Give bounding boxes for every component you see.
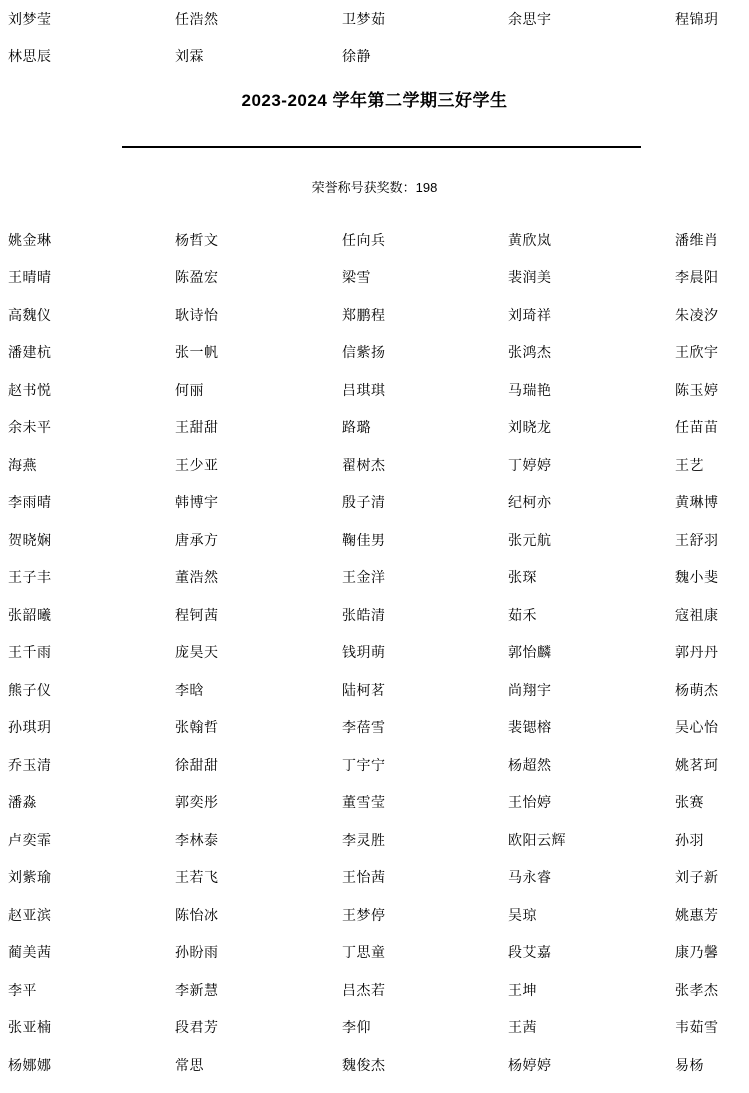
student-name: 李仰 <box>342 1020 508 1034</box>
student-name: 唐承方 <box>175 533 342 547</box>
previous-section-names-grid: 刘梦莹任浩然卫梦茹余思宇程锦玥林思辰刘霖徐静 <box>0 0 749 75</box>
student-name: 张翰哲 <box>175 720 342 734</box>
student-name: 赵书悦 <box>8 383 175 397</box>
student-name: 何丽 <box>175 383 342 397</box>
student-name: 郭怡麟 <box>508 645 675 659</box>
student-name: 鞠佳男 <box>342 533 508 547</box>
name-row: 王晴晴陈盈宏梁雪裴润美李晨阳 <box>0 259 749 297</box>
student-name: 徐甜甜 <box>175 758 342 772</box>
student-name: 刘子新 <box>675 870 749 884</box>
student-name: 张鸿杰 <box>508 345 675 359</box>
name-row: 赵亚滨陈怡冰王梦停吴琼姚惠芳 <box>0 896 749 934</box>
student-name: 吕杰若 <box>342 983 508 997</box>
student-name: 李新慧 <box>175 983 342 997</box>
student-name: 杨超然 <box>508 758 675 772</box>
student-name: 王坤 <box>508 983 675 997</box>
student-name: 潘淼 <box>8 795 175 809</box>
student-name: 韦茹雪 <box>675 1020 749 1034</box>
student-name: 杨萌杰 <box>675 683 749 697</box>
student-name: 信紫扬 <box>342 345 508 359</box>
name-row: 潘建杭张一帆信紫扬张鸿杰王欣宇 <box>0 334 749 372</box>
student-name: 任苗苗 <box>675 420 749 434</box>
student-name: 韩博宇 <box>175 495 342 509</box>
name-row: 李平李新慧吕杰若王坤张孝杰 <box>0 971 749 1009</box>
student-name: 王千雨 <box>8 645 175 659</box>
student-name: 董雪莹 <box>342 795 508 809</box>
student-name: 尚翔宇 <box>508 683 675 697</box>
student-name: 李晗 <box>175 683 342 697</box>
name-row: 林思辰刘霖徐静 <box>0 38 749 76</box>
student-name: 孙羽 <box>675 833 749 847</box>
student-name: 贺晓娴 <box>8 533 175 547</box>
student-name: 陈玉婷 <box>675 383 749 397</box>
name-row: 潘淼郭奕彤董雪莹王怡婷张赛 <box>0 784 749 822</box>
student-name: 李蓓雪 <box>342 720 508 734</box>
student-name: 裴润美 <box>508 270 675 284</box>
student-name: 张韶曦 <box>8 608 175 622</box>
name-row: 赵书悦何丽吕琪琪马瑞艳陈玉婷 <box>0 371 749 409</box>
student-name: 王茜 <box>508 1020 675 1034</box>
student-name: 郭丹丹 <box>675 645 749 659</box>
student-name: 裴锶榕 <box>508 720 675 734</box>
student-name: 吕琪琪 <box>342 383 508 397</box>
student-name: 孙盼雨 <box>175 945 342 959</box>
name-row: 高魏仪耿诗怡郑鹏程刘琦祥朱凌汐 <box>0 296 749 334</box>
student-name: 赵亚滨 <box>8 908 175 922</box>
student-name: 段艾嘉 <box>508 945 675 959</box>
student-name: 寇祖康 <box>675 608 749 622</box>
student-name: 王梦停 <box>342 908 508 922</box>
name-row: 王子丰董浩然王金洋张琛魏小斐 <box>0 559 749 597</box>
student-name: 王金洋 <box>342 570 508 584</box>
student-name: 郑鹏程 <box>342 308 508 322</box>
student-name: 李林泰 <box>175 833 342 847</box>
student-name: 朱凌汐 <box>675 308 749 322</box>
student-name: 耿诗怡 <box>175 308 342 322</box>
name-row: 刘梦莹任浩然卫梦茹余思宇程锦玥 <box>0 0 749 38</box>
student-name: 张赛 <box>675 795 749 809</box>
award-count-line: 荣誉称号获奖数：198 <box>0 177 749 196</box>
name-row: 海燕王少亚翟树杰丁婷婷王艺 <box>0 446 749 484</box>
student-name: 王舒羽 <box>675 533 749 547</box>
student-name: 黄琳博 <box>675 495 749 509</box>
student-name: 王甜甜 <box>175 420 342 434</box>
name-row: 王千雨庞昊天钱玥萌郭怡麟郭丹丹 <box>0 634 749 672</box>
student-name: 易杨 <box>675 1058 749 1072</box>
student-name: 王欣宇 <box>675 345 749 359</box>
name-row: 姚金琳杨哲文任向兵黄欣岚潘维肖 <box>0 221 749 259</box>
student-name: 潘维肖 <box>675 233 749 247</box>
name-row: 乔玉清徐甜甜丁宇宁杨超然姚茗珂 <box>0 746 749 784</box>
name-row: 余未平王甜甜路璐刘晓龙任苗苗 <box>0 409 749 447</box>
name-row: 熊子仪李晗陆柯茗尚翔宇杨萌杰 <box>0 671 749 709</box>
student-name: 刘梦莹 <box>8 12 175 26</box>
student-name: 任向兵 <box>342 233 508 247</box>
student-name: 蔺美茜 <box>8 945 175 959</box>
student-name: 杨婷婷 <box>508 1058 675 1072</box>
student-name: 吴琼 <box>508 908 675 922</box>
student-name: 孙琪玥 <box>8 720 175 734</box>
student-name: 王怡茜 <box>342 870 508 884</box>
student-name: 熊子仪 <box>8 683 175 697</box>
student-name: 李雨晴 <box>8 495 175 509</box>
student-name: 张琛 <box>508 570 675 584</box>
name-row: 李雨晴韩博宇殷子清纪柯亦黄琳博 <box>0 484 749 522</box>
student-name: 杨哲文 <box>175 233 342 247</box>
student-names-grid: 姚金琳杨哲文任向兵黄欣岚潘维肖王晴晴陈盈宏梁雪裴润美李晨阳高魏仪耿诗怡郑鹏程刘琦… <box>0 221 749 1084</box>
student-name: 魏小斐 <box>675 570 749 584</box>
student-name: 王少亚 <box>175 458 342 472</box>
student-name: 卫梦茹 <box>342 12 508 26</box>
student-name: 丁宇宁 <box>342 758 508 772</box>
student-name: 徐静 <box>342 49 508 63</box>
student-name: 乔玉清 <box>8 758 175 772</box>
student-name: 段君芳 <box>175 1020 342 1034</box>
student-name: 张皓清 <box>342 608 508 622</box>
student-name: 刘紫瑜 <box>8 870 175 884</box>
student-name: 吴心怡 <box>675 720 749 734</box>
student-name: 刘晓龙 <box>508 420 675 434</box>
student-name: 任浩然 <box>175 12 342 26</box>
name-row: 刘紫瑜王若飞王怡茜马永睿刘子新 <box>0 859 749 897</box>
student-name: 丁婷婷 <box>508 458 675 472</box>
student-name: 张元航 <box>508 533 675 547</box>
student-name: 程钶茜 <box>175 608 342 622</box>
student-name: 王怡婷 <box>508 795 675 809</box>
student-name: 陈盈宏 <box>175 270 342 284</box>
student-name: 杨娜娜 <box>8 1058 175 1072</box>
student-name: 程锦玥 <box>675 12 749 26</box>
student-name: 姚惠芳 <box>675 908 749 922</box>
student-name: 姚金琳 <box>8 233 175 247</box>
student-name: 王若飞 <box>175 870 342 884</box>
name-row: 杨娜娜常思魏俊杰杨婷婷易杨 <box>0 1046 749 1084</box>
student-name: 翟树杰 <box>342 458 508 472</box>
student-name: 黄欣岚 <box>508 233 675 247</box>
student-name: 康乃馨 <box>675 945 749 959</box>
student-name: 钱玥萌 <box>342 645 508 659</box>
student-name: 刘琦祥 <box>508 308 675 322</box>
student-name: 李灵胜 <box>342 833 508 847</box>
student-name: 董浩然 <box>175 570 342 584</box>
student-name: 张一帆 <box>175 345 342 359</box>
student-name: 郭奕彤 <box>175 795 342 809</box>
student-name: 丁思童 <box>342 945 508 959</box>
student-name: 余思宇 <box>508 12 675 26</box>
name-row: 孙琪玥张翰哲李蓓雪裴锶榕吴心怡 <box>0 709 749 747</box>
student-name: 王子丰 <box>8 570 175 584</box>
student-name: 张亚楠 <box>8 1020 175 1034</box>
student-name: 余未平 <box>8 420 175 434</box>
name-row: 贺晓娴唐承方鞠佳男张元航王舒羽 <box>0 521 749 559</box>
student-name: 纪柯亦 <box>508 495 675 509</box>
student-name: 茹禾 <box>508 608 675 622</box>
student-name: 殷子清 <box>342 495 508 509</box>
student-name: 姚茗珂 <box>675 758 749 772</box>
student-name: 刘霖 <box>175 49 342 63</box>
student-name: 欧阳云辉 <box>508 833 675 847</box>
student-name: 路璐 <box>342 420 508 434</box>
student-name: 林思辰 <box>8 49 175 63</box>
student-name: 常思 <box>175 1058 342 1072</box>
name-row: 张亚楠段君芳李仰王茜韦茹雪 <box>0 1009 749 1047</box>
student-name: 梁雪 <box>342 270 508 284</box>
student-name: 魏俊杰 <box>342 1058 508 1072</box>
student-name: 马瑞艳 <box>508 383 675 397</box>
name-row: 蔺美茜孙盼雨丁思童段艾嘉康乃馨 <box>0 934 749 972</box>
name-row: 卢奕霏李林泰李灵胜欧阳云辉孙羽 <box>0 821 749 859</box>
student-name: 李晨阳 <box>675 270 749 284</box>
student-name: 陆柯茗 <box>342 683 508 697</box>
student-name: 马永睿 <box>508 870 675 884</box>
student-name: 张孝杰 <box>675 983 749 997</box>
student-name: 高魏仪 <box>8 308 175 322</box>
student-name: 陈怡冰 <box>175 908 342 922</box>
student-name: 庞昊天 <box>175 645 342 659</box>
student-name: 潘建杭 <box>8 345 175 359</box>
divider-line <box>122 146 641 148</box>
name-row: 张韶曦程钶茜张皓清茹禾寇祖康 <box>0 596 749 634</box>
student-name: 卢奕霏 <box>8 833 175 847</box>
student-name: 李平 <box>8 983 175 997</box>
student-name: 王晴晴 <box>8 270 175 284</box>
student-name: 海燕 <box>8 458 175 472</box>
page-title: 2023-2024 学年第二学期三好学生 <box>0 86 749 111</box>
student-name: 王艺 <box>675 458 749 472</box>
